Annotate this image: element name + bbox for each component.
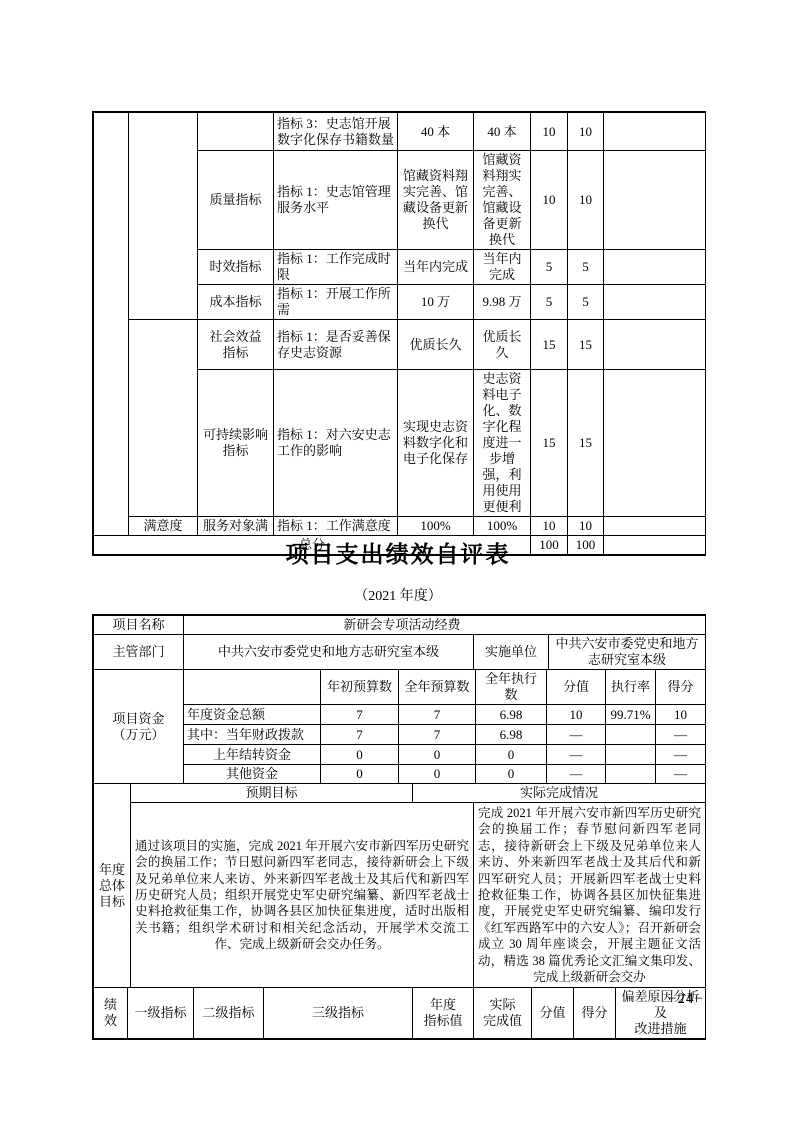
target-value-cell: 优质长久 — [398, 320, 474, 370]
department-value-cell: 中共六安市委党史和地方志研究室本级 — [184, 635, 474, 670]
tertiary-indicator-cell: 社会效益 指标 — [198, 320, 274, 370]
indicator-name-cell: 指标 1：工作完成时限 — [274, 250, 398, 285]
indicator-row: 指标 3：史志馆开展数字化保存书籍数量 40 本 40 本 10 10 — [94, 113, 706, 151]
funding-row-fiscal: 其中：当年财政拨款 7 7 6.98 — — — [94, 725, 706, 745]
full-year-budget-cell: 7 — [399, 725, 476, 745]
initial-budget-cell: 7 — [321, 725, 399, 745]
funding-row-total: 年度资金总额 7 7 6.98 10 99.71% 10 — [94, 705, 706, 725]
secondary-group-cell — [129, 320, 198, 517]
funding-header-row: 项目资金 （万元） 年初预算数 全年预算数 全年执行数 分值 执行率 得分 — [94, 670, 706, 705]
expected-goal-header-cell: 预期目标 — [131, 784, 413, 803]
executed-cell: 6.98 — [476, 725, 547, 745]
got-header-cell: 得分 — [656, 670, 706, 705]
remark-cell — [604, 320, 706, 370]
tertiary-indicator-cell: 服务对象满 — [198, 517, 274, 536]
funding-label-cell: 项目资金 （万元） — [94, 670, 184, 784]
annual-goal-section: 年度 总体 目标 预期目标 实际完成情况 通过该项目的实施，完成 2021 年开… — [93, 783, 706, 988]
score-cell: 10 — [531, 113, 568, 151]
indicator-name-cell: 指标 1：史志馆管理服务水平 — [274, 151, 398, 250]
score-cell: 10 — [547, 705, 606, 725]
obtained-score-cell: 15 — [568, 320, 604, 370]
initial-budget-cell: 0 — [321, 745, 399, 765]
target-value-cell: 40 本 — [398, 113, 474, 151]
remark-cell — [604, 151, 706, 250]
funding-row-label-cell: 其中：当年财政拨款 — [184, 725, 321, 745]
executed-header-cell: 全年执行数 — [476, 670, 547, 705]
score-cell: — — [547, 765, 606, 784]
funding-section: 项目资金 （万元） 年初预算数 全年预算数 全年执行数 分值 执行率 得分 年度… — [93, 669, 706, 784]
department-label-cell: 主管部门 — [94, 635, 184, 670]
page-title: 项目支出绩效自评表 — [92, 536, 704, 569]
rate-cell — [606, 725, 656, 745]
tertiary-indicator-cell: 质量指标 — [198, 151, 274, 250]
project-name-value-cell: 新研会专项活动经费 — [184, 616, 706, 635]
rate-header-cell: 执行率 — [606, 670, 656, 705]
implementer-label-cell: 实施单位 — [474, 635, 549, 670]
obtained-score-cell: 5 — [568, 250, 604, 285]
tertiary-indicator-cell — [198, 113, 274, 151]
funding-row-label-cell: 年度资金总额 — [184, 705, 321, 725]
indicator-name-cell: 指标 1：对六安史志工作的影响 — [274, 370, 398, 517]
project-name-section: 项目名称 新研会专项活动经费 — [93, 615, 706, 635]
indicator-name-cell: 指标 1：开展工作所需 — [274, 285, 398, 320]
remark-cell — [604, 285, 706, 320]
remark-cell — [604, 250, 706, 285]
remark-cell — [604, 113, 706, 151]
satisfaction-group-cell: 满意度 — [129, 517, 198, 536]
page-number: −24− — [92, 991, 704, 1008]
obtained-score-cell: — — [656, 745, 706, 765]
obtained-score-cell: 10 — [568, 113, 604, 151]
remark-cell — [604, 517, 706, 536]
full-year-budget-header-cell: 全年预算数 — [399, 670, 476, 705]
obtained-score-cell: 5 — [568, 285, 604, 320]
funding-row-carryover: 上年结转资金 0 0 0 — — — [94, 745, 706, 765]
score-cell: 15 — [531, 320, 568, 370]
project-name-label-cell: 项目名称 — [94, 616, 184, 635]
executed-cell: 0 — [476, 745, 547, 765]
obtained-score-cell: 15 — [568, 370, 604, 517]
rate-cell — [606, 765, 656, 784]
obtained-score-cell: — — [656, 765, 706, 784]
expected-goal-text-cell: 通过该项目的实施，完成 2021 年开展六安市新四军历史研究会的换届工作；节日慰… — [131, 803, 474, 988]
score-cell: — — [547, 725, 606, 745]
obtained-score-cell: 10 — [568, 517, 604, 536]
rate-cell: 99.71% — [606, 705, 656, 725]
actual-value-cell: 当年内完成 — [474, 250, 531, 285]
funding-row-label-cell: 上年结转资金 — [184, 745, 321, 765]
executed-cell: 0 — [476, 765, 547, 784]
goal-content-row: 通过该项目的实施，完成 2021 年开展六安市新四军历史研究会的换届工作；节日慰… — [94, 803, 706, 988]
score-cell: 5 — [531, 250, 568, 285]
remark-cell — [604, 370, 706, 517]
annual-goal-label-cell: 年度 总体 目标 — [94, 784, 131, 988]
funding-row-label-cell: 其他资金 — [184, 765, 321, 784]
full-year-budget-cell: 0 — [399, 765, 476, 784]
score-cell: 10 — [531, 151, 568, 250]
initial-budget-cell: 7 — [321, 705, 399, 725]
full-year-budget-cell: 0 — [399, 745, 476, 765]
indicator-name-cell: 指标 1：是否妥善保存史志资源 — [274, 320, 398, 370]
initial-budget-cell: 0 — [321, 765, 399, 784]
target-value-cell: 10 万 — [398, 285, 474, 320]
full-year-budget-cell: 7 — [399, 705, 476, 725]
target-value-cell: 馆藏资料翔实完善、馆藏设备更新换代 — [398, 151, 474, 250]
actual-value-cell: 9.98 万 — [474, 285, 531, 320]
actual-value-cell: 史志资料电子化、数字化程度进一步增强，利用使用更便利 — [474, 370, 531, 517]
obtained-score-cell: — — [656, 725, 706, 745]
indicator-row: 满意度 服务对象满 指标 1：工作满意度 100% 100% 10 10 — [94, 517, 706, 536]
actual-value-cell: 100% — [474, 517, 531, 536]
document-page: 指标 3：史志馆开展数字化保存书籍数量 40 本 40 本 10 10 质量指标… — [0, 0, 793, 1122]
indicator-name-cell: 指标 3：史志馆开展数字化保存书籍数量 — [274, 113, 398, 151]
indicator-row: 社会效益 指标 指标 1：是否妥善保存史志资源 优质长久 优质长久 15 15 — [94, 320, 706, 370]
tertiary-indicator-cell: 时效指标 — [198, 250, 274, 285]
department-section: 主管部门 中共六安市委党史和地方志研究室本级 实施单位 中共六安市委党史和地方志… — [93, 634, 706, 670]
project-name-row: 项目名称 新研会专项活动经费 — [94, 616, 706, 635]
funding-row-other: 其他资金 0 0 0 — — — [94, 765, 706, 784]
implementer-value-cell: 中共六安市委党史和地方志研究室本级 — [549, 635, 706, 670]
obtained-score-cell: 10 — [656, 705, 706, 725]
goal-header-row: 年度 总体 目标 预期目标 实际完成情况 — [94, 784, 706, 803]
target-value-cell: 实现史志资料数字化和电子化保存 — [398, 370, 474, 517]
actual-value-cell: 优质长久 — [474, 320, 531, 370]
target-value-cell: 100% — [398, 517, 474, 536]
tertiary-indicator-cell: 可持续影响 指标 — [198, 370, 274, 517]
score-cell: 10 — [531, 517, 568, 536]
obtained-score-cell: 10 — [568, 151, 604, 250]
department-row: 主管部门 中共六安市委党史和地方志研究室本级 实施单位 中共六安市委党史和地方志… — [94, 635, 706, 670]
tertiary-indicator-cell: 成本指标 — [198, 285, 274, 320]
actual-value-cell: 40 本 — [474, 113, 531, 151]
funding-subheader-empty-cell — [184, 670, 321, 705]
secondary-group-cell — [129, 113, 198, 320]
initial-budget-header-cell: 年初预算数 — [321, 670, 399, 705]
self-evaluation-table: 项目名称 新研会专项活动经费 主管部门 中共六安市委党史和地方志研究室本级 实施… — [92, 614, 706, 1040]
actual-completion-text-cell: 完成 2021 年开展六安市新四军历史研究会的换届工作；春节慰问新四军老同志，接… — [474, 803, 706, 988]
actual-value-cell: 馆藏资料翔实完善、馆藏设备更新换代 — [474, 151, 531, 250]
page-subtitle: （2021 年度） — [92, 585, 704, 605]
target-value-cell: 当年内完成 — [398, 250, 474, 285]
rate-cell — [606, 745, 656, 765]
score-cell: 5 — [531, 285, 568, 320]
actual-completion-header-cell: 实际完成情况 — [413, 784, 706, 803]
executed-cell: 6.98 — [476, 705, 547, 725]
indicator-table: 指标 3：史志馆开展数字化保存书籍数量 40 本 40 本 10 10 质量指标… — [92, 111, 706, 556]
score-cell: — — [547, 745, 606, 765]
empty-spanner-cell — [94, 113, 129, 536]
score-cell: 15 — [531, 370, 568, 517]
score-header-cell: 分值 — [547, 670, 606, 705]
indicator-name-cell: 指标 1：工作满意度 — [274, 517, 398, 536]
